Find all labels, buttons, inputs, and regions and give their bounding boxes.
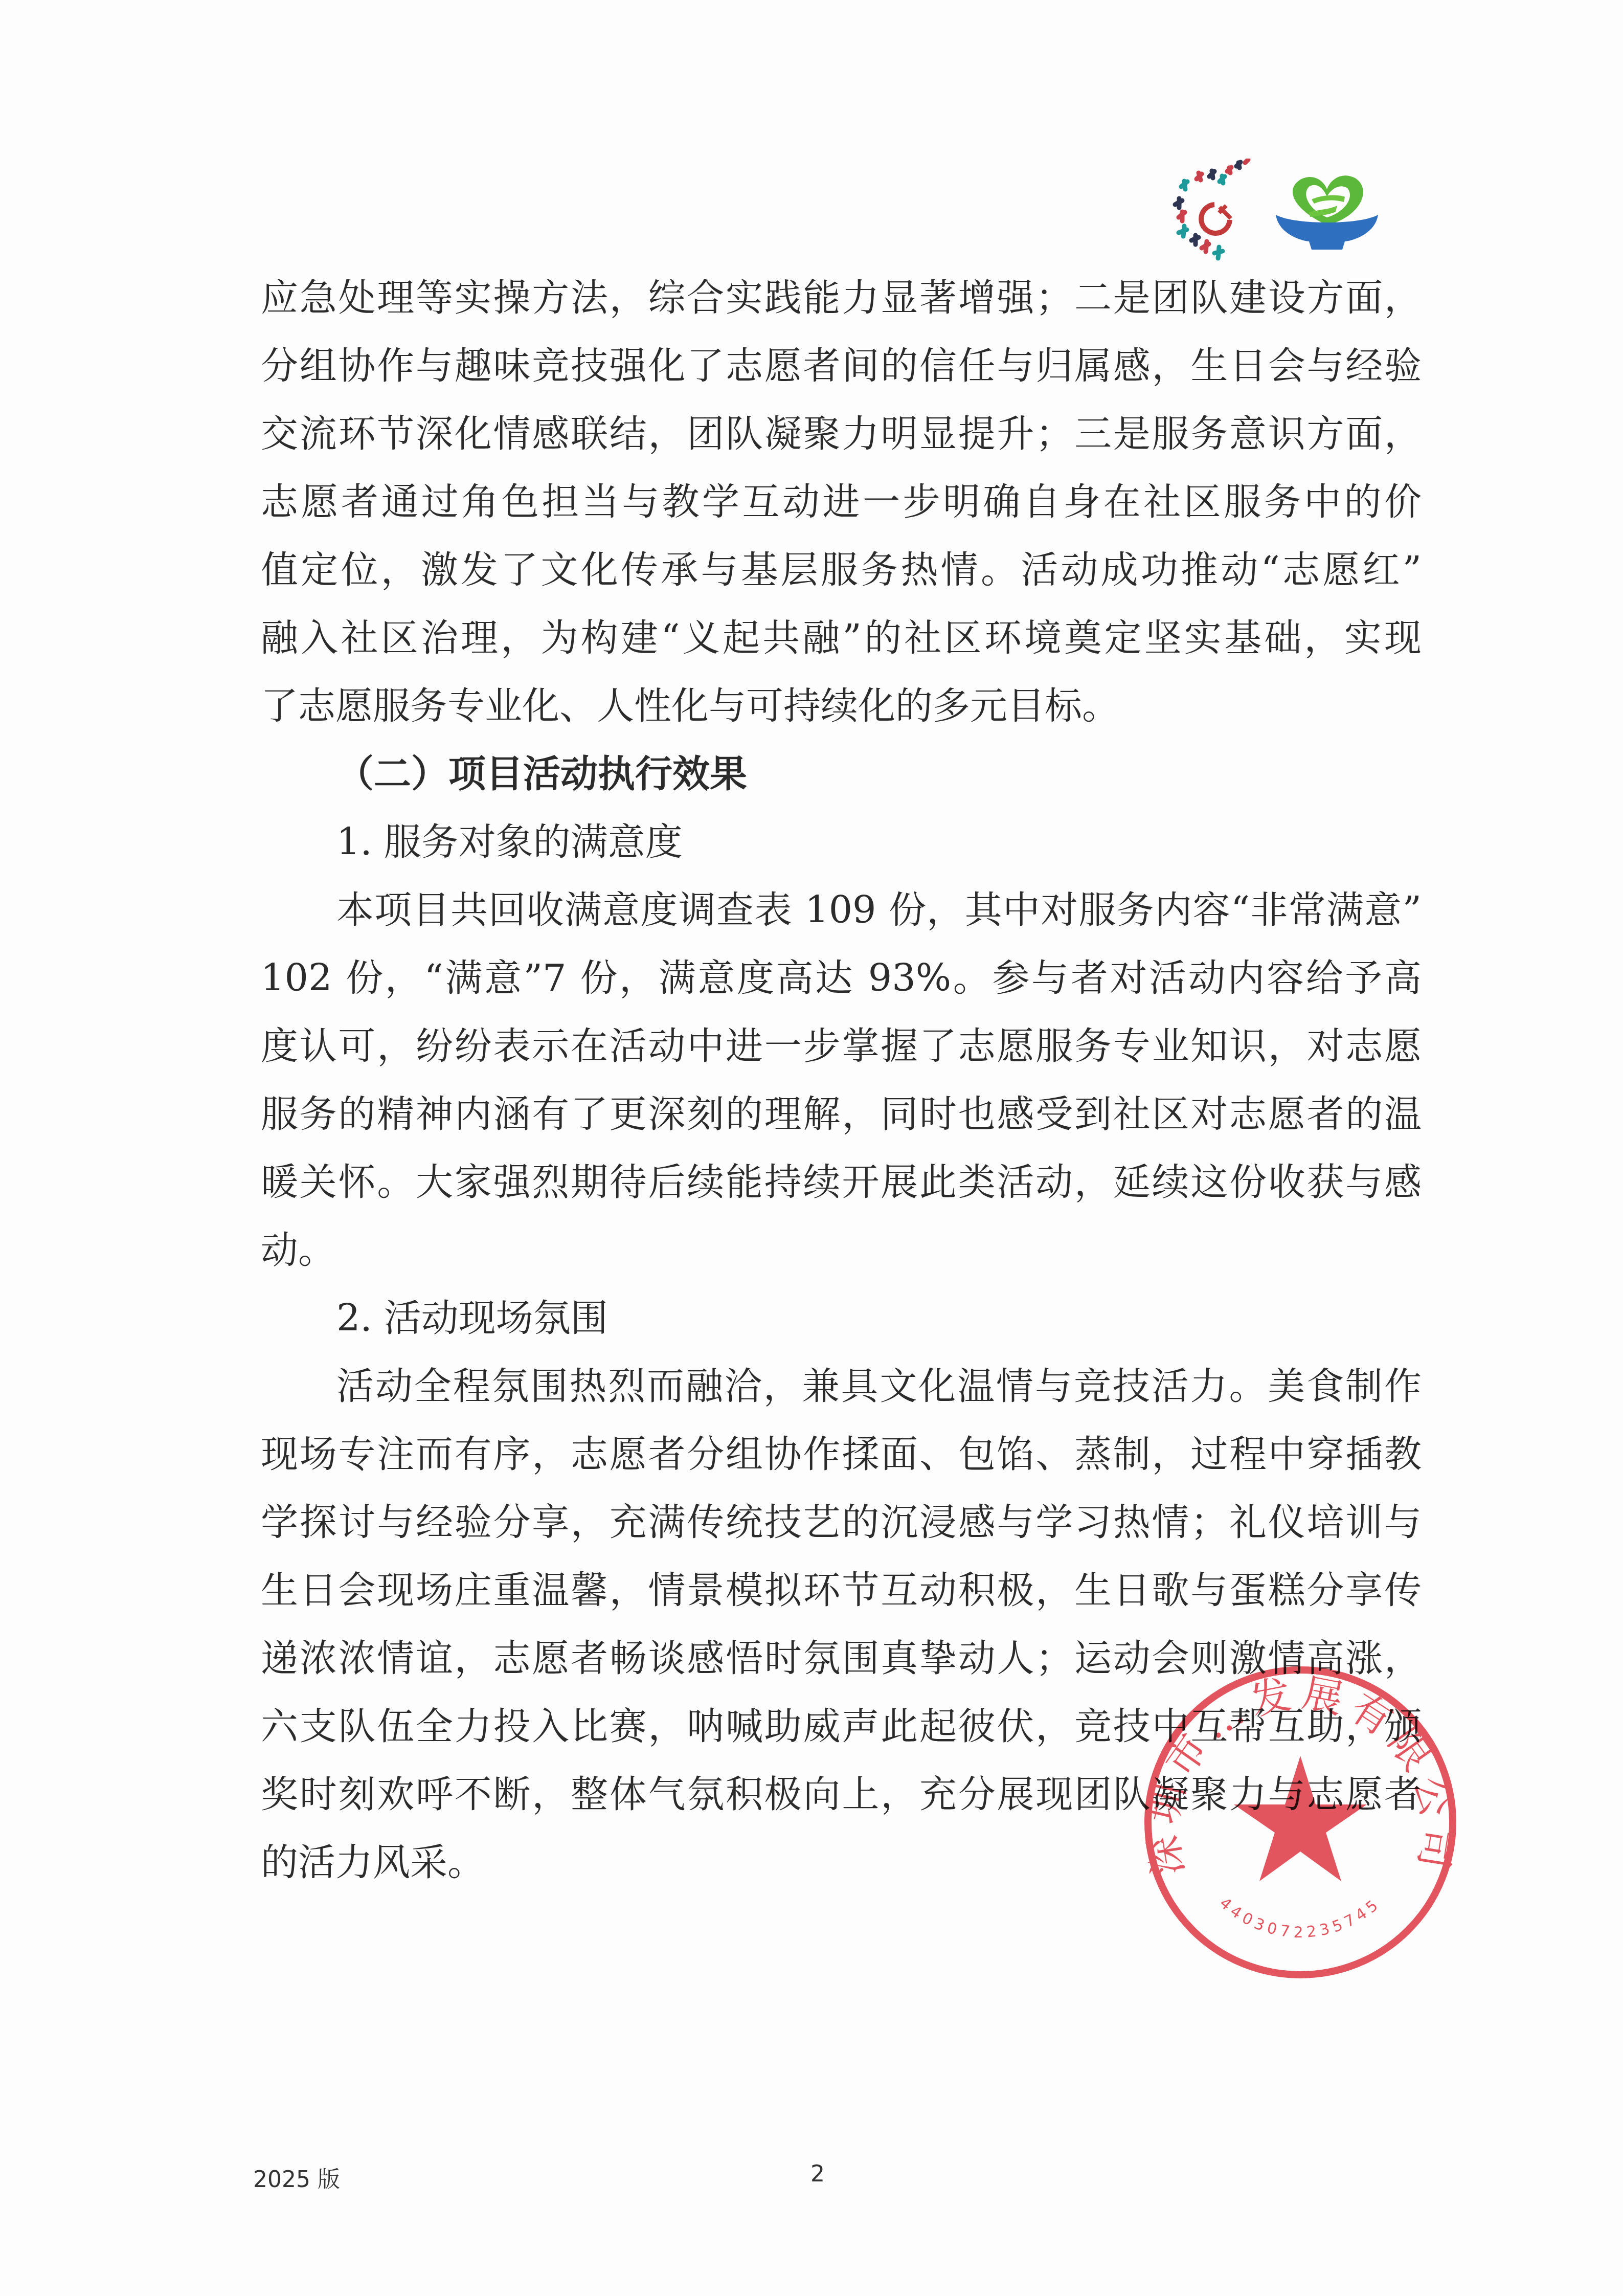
paragraph-line: 交流环节深化情感联结，团队凝聚力明显提升；三是服务意识方面， <box>261 409 1422 477</box>
paragraph-line: 融入社区治理，为构建“义起共融”的社区环境奠定坚实基础，实现 <box>261 613 1422 681</box>
paragraph-line: 活动全程氛围热烈而融洽，兼具文化温情与竞技活力。美食制作 <box>261 1361 1422 1429</box>
paragraph-line: 奖时刻欢呼不断，整体气氛积极向上，充分展现团队凝聚力与志愿者 <box>261 1769 1422 1837</box>
paragraph-line: 六支队伍全力投入比赛，呐喊助威声此起彼伏，竞技中互帮互助，颁 <box>261 1701 1422 1769</box>
paragraph-line: 的活力风采。 <box>261 1837 1422 1905</box>
paragraph-line: 递浓浓情谊，志愿者畅谈感悟时氛围真挚动人；运动会则激情高涨， <box>261 1633 1422 1701</box>
paragraph-line: 值定位，激发了文化传承与基层服务热情。活动成功推动“志愿红” <box>261 545 1422 613</box>
green-heart-bowl-logo-icon <box>1273 169 1381 251</box>
paragraph-line: 度认可，纷纷表示在活动中进一步掌握了志愿服务专业知识，对志愿 <box>261 1021 1422 1089</box>
paragraph-line: 服务的精神内涵有了更深刻的理解，同时也感受到社区对志愿者的温 <box>261 1089 1422 1157</box>
paragraph-line: 学探讨与经验分享，充满传统技艺的沉浸感与学习热情；礼仪培训与 <box>261 1497 1422 1565</box>
header-logos <box>1166 153 1381 266</box>
edition-label: 2025 版 <box>253 2161 340 2194</box>
paragraph-line: 现场专注而有序，志愿者分组协作揉面、包馅、蒸制，过程中穿插教 <box>261 1429 1422 1497</box>
party-ribbon-heart-logo-icon <box>1166 159 1253 261</box>
paragraph-line: 了志愿服务专业化、人性化与可持续化的多元目标。 <box>261 681 1422 749</box>
paragraph-line: 本项目共回收满意度调查表 109 份，其中对服务内容“非常满意” <box>261 885 1422 953</box>
document-page: 应急处理等实操方法，综合实践能力显著增强；二是团队建设方面， 分组协作与趣味竞技… <box>0 0 1623 2296</box>
paragraph-line: 暖关怀。大家强烈期待后续能持续开展此类活动，延续这份收获与感 <box>261 1157 1422 1225</box>
paragraph-line: 应急处理等实操方法，综合实践能力显著增强；二是团队建设方面， <box>261 273 1422 341</box>
subsection-title-atmosphere: 2. 活动现场氛围 <box>261 1293 1422 1361</box>
body-text: 应急处理等实操方法，综合实践能力显著增强；二是团队建设方面， 分组协作与趣味竞技… <box>261 273 1422 1905</box>
section-heading: （二）项目活动执行效果 <box>261 749 1422 817</box>
page-number: 2 <box>810 2161 825 2187</box>
paragraph-line: 志愿者通过角色担当与教学互动进一步明确自身在社区服务中的价 <box>261 477 1422 545</box>
paragraph-line: 分组协作与趣味竞技强化了志愿者间的信任与归属感，生日会与经验 <box>261 341 1422 409</box>
subsection-title-satisfaction: 1. 服务对象的满意度 <box>261 817 1422 885</box>
paragraph-line: 生日会现场庄重温馨，情景模拟环节互动积极，生日歌与蛋糕分享传 <box>261 1565 1422 1633</box>
paragraph-line: 动。 <box>261 1225 1422 1293</box>
paragraph-line: 102 份，“满意”7 份，满意度高达 93%。参与者对活动内容给予高 <box>261 953 1422 1021</box>
